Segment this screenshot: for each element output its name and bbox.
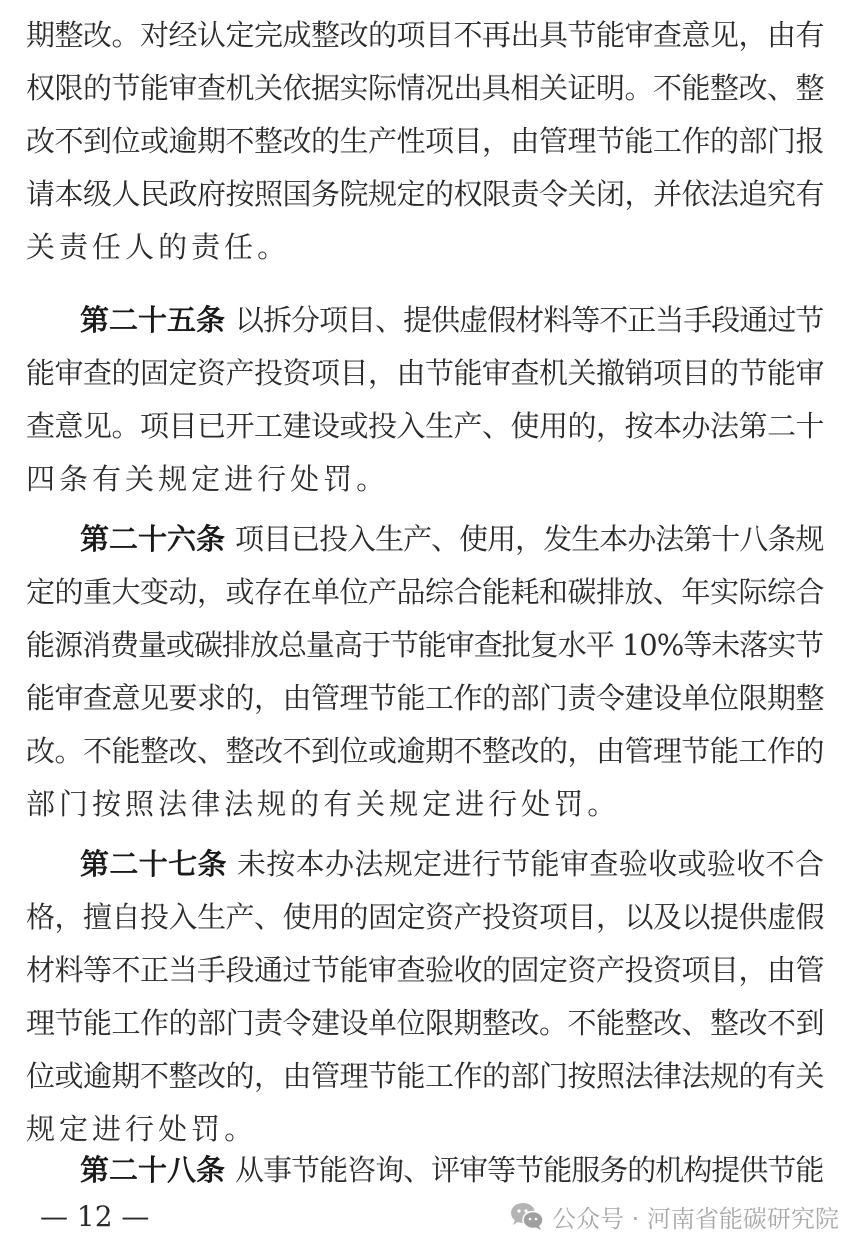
text-line: 格，擅自投入生产、使用的固定资产投资项目，以及以提供虚假	[26, 900, 824, 934]
line-text: 改。不能整改、整改不到位或逾期不整改的，由管理节能工作的	[26, 734, 825, 768]
line-text: 能审查的固定资产投资项目，由节能审查机关撤销项目的节能审	[26, 356, 825, 390]
line-text: 位或逾期不整改的，由管理节能工作的部门按照法律法规的有关	[26, 1059, 825, 1093]
line-text: 查意见。项目已开工建设或投入生产、使用的，按本办法第二十	[26, 409, 825, 443]
article-first-line: 第二十六条项目已投入生产、使用，发生本办法第十八条规	[26, 522, 824, 556]
line-text: 以拆分项目、提供虚假材料等不正当手段通过节	[235, 303, 824, 337]
line-text: 能审查意见要求的，由管理节能工作的部门责令建设单位限期整	[26, 681, 825, 715]
article-first-line: 第二十八条从事节能咨询、评审等节能服务的机构提供节能	[26, 1153, 824, 1187]
text-line: 查意见。项目已开工建设或投入生产、使用的，按本办法第二十	[26, 409, 824, 443]
article-heading: 第二十六条	[80, 522, 225, 556]
text-line: 理节能工作的部门责令建设单位限期整改。不能整改、整改不到	[26, 1006, 824, 1040]
article-heading: 第二十五条	[80, 303, 225, 337]
text-line: 规定进行处罚。	[26, 1112, 824, 1146]
line-text: 部门按照法律法规的有关规定进行处罚。	[26, 787, 620, 821]
line-text: 四条有关规定进行处罚。	[26, 462, 389, 496]
text-line: 部门按照法律法规的有关规定进行处罚。	[26, 787, 824, 821]
article-first-line: 第二十七条未按本办法规定进行节能审查验收或验收不合	[26, 847, 824, 881]
watermark: 公众号 · 河南省能碳研究院	[510, 1198, 839, 1234]
line-text: 未按本办法规定进行节能审查验收或验收不合	[237, 847, 824, 881]
line-text: 能源消费量或碳排放总量高于节能审查批复水平 10%等未落实节	[26, 628, 824, 662]
line-text: 项目已投入生产、使用，发生本办法第十八条规	[235, 522, 824, 556]
text-line: 请本级人民政府按照国务院规定的权限责令关闭，并依法追究有	[26, 177, 824, 211]
line-text: 关责任人的责任。	[26, 230, 290, 264]
line-text: 改不到位或逾期不整改的生产性项目，由管理节能工作的部门报	[26, 124, 825, 158]
text-line: 四条有关规定进行处罚。	[26, 462, 824, 496]
text-line: 能审查的固定资产投资项目，由节能审查机关撤销项目的节能审	[26, 356, 824, 390]
text-line: 定的重大变动，或存在单位产品综合能耗和碳排放、年实际综合	[26, 575, 824, 609]
line-text: 材料等不正当手段通过节能审查验收的固定资产投资项目，由管	[26, 953, 825, 987]
line-text: 规定进行处罚。	[26, 1112, 257, 1146]
text-line: 位或逾期不整改的，由管理节能工作的部门按照法律法规的有关	[26, 1059, 824, 1093]
line-text: 请本级人民政府按照国务院规定的权限责令关闭，并依法追究有	[26, 177, 825, 211]
text-line: 期整改。对经认定完成整改的项目不再出具节能审查意见，由有	[26, 18, 824, 52]
article-first-line: 第二十五条以拆分项目、提供虚假材料等不正当手段通过节	[26, 303, 824, 337]
page-number: — 12 —	[40, 1200, 149, 1234]
article-heading: 第二十八条	[80, 1153, 225, 1187]
line-text: 理节能工作的部门责令建设单位限期整改。不能整改、整改不到	[26, 1006, 825, 1040]
document-page: 期整改。对经认定完成整改的项目不再出具节能审查意见，由有权限的节能审查机关依据实…	[0, 0, 850, 1254]
line-text: 从事节能咨询、评审等节能服务的机构提供节能	[235, 1153, 824, 1187]
text-line: 能源消费量或碳排放总量高于节能审查批复水平 10%等未落实节	[26, 628, 824, 662]
text-line: 改不到位或逾期不整改的生产性项目，由管理节能工作的部门报	[26, 124, 824, 158]
line-text: 期整改。对经认定完成整改的项目不再出具节能审查意见，由有	[26, 18, 825, 52]
wechat-icon	[510, 1201, 544, 1231]
line-text: 定的重大变动，或存在单位产品综合能耗和碳排放、年实际综合	[26, 575, 825, 609]
watermark-text: 公众号 · 河南省能碳研究院	[552, 1199, 839, 1234]
text-line: 权限的节能审查机关依据实际情况出具相关证明。不能整改、整	[26, 71, 824, 105]
text-line: 能审查意见要求的，由管理节能工作的部门责令建设单位限期整	[26, 681, 824, 715]
text-line: 改。不能整改、整改不到位或逾期不整改的，由管理节能工作的	[26, 734, 824, 768]
article-heading: 第二十七条	[80, 847, 227, 881]
line-text: 格，擅自投入生产、使用的固定资产投资项目，以及以提供虚假	[26, 900, 825, 934]
text-line: 材料等不正当手段通过节能审查验收的固定资产投资项目，由管	[26, 953, 824, 987]
line-text: 权限的节能审查机关依据实际情况出具相关证明。不能整改、整	[26, 71, 825, 105]
text-line: 关责任人的责任。	[26, 230, 824, 264]
